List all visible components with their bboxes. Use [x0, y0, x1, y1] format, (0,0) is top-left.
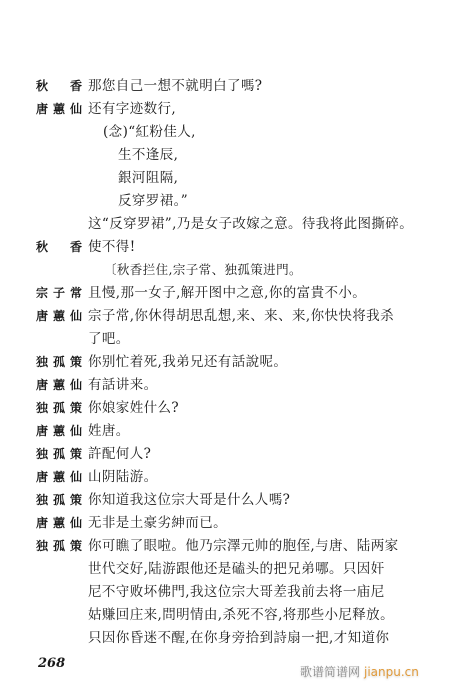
speaker-name: 独孤策: [36, 351, 82, 373]
watermark: 歌谱简谱网jianpu.cn: [300, 663, 419, 680]
speaker-name: 唐蕙仙: [36, 466, 82, 488]
dialogue-text: 世代交好,陆游跟他还是磕头的把兄弟哪。只因奸: [88, 558, 385, 580]
speaker-name: 唐蕙仙: [36, 98, 82, 120]
dialogue-text: 有話讲来。: [88, 374, 158, 396]
page-number: 268: [38, 656, 65, 671]
stage-direction-text: 〔秋香拦住,宗子常、独孤策进門。: [104, 259, 302, 281]
dialogue-text: 只因你昏迷不醒,在你身旁拾到詩扇一把,才知道你: [88, 627, 389, 649]
dialogue-text: 还有字迹数行,: [88, 98, 176, 120]
poem-line: 銀河阻隔,: [118, 167, 178, 189]
dialogue-text: 无非是土豪劣紳而已。: [88, 512, 227, 534]
speaker-name: 唐蕙仙: [36, 420, 82, 442]
recitation-text: (念)“紅粉佳人,: [103, 121, 196, 143]
speaker-name: 宗子常: [36, 282, 82, 304]
dialogue-text: 你娘家姓什么?: [88, 397, 179, 419]
dialogue-text: 使不得!: [88, 236, 136, 258]
speaker-name: 唐蕙仙: [36, 374, 82, 396]
dialogue-text: 了吧。: [88, 328, 130, 350]
dialogue-text: 姑赚回庄来,問明情由,杀死不容,将那些小尼释放。: [88, 604, 394, 626]
watermark-domain: jianpu.cn: [364, 665, 419, 679]
watermark-text: 歌谱简谱网: [300, 665, 360, 679]
book-page: 秋 香 那您自己一想不就明白了嗎? 唐蕙仙 还有字迹数行, (念)“紅粉佳人, …: [0, 0, 452, 690]
dialogue-text: 姓唐。: [88, 420, 130, 442]
poem-line: 反穿罗裙。”: [118, 190, 188, 212]
speaker-name: 唐蕙仙: [36, 512, 82, 534]
dialogue-text: 且慢,那一女子,解开图中之意,你的富貴不小。: [88, 282, 366, 304]
poem-line: 生不逢辰,: [118, 144, 178, 166]
dialogue-text: 山阴陆游。: [88, 466, 158, 488]
speaker-name: 唐蕙仙: [36, 305, 82, 327]
dialogue-text: 那您自己一想不就明白了嗎?: [88, 75, 262, 97]
dialogue-text: 許配何人?: [88, 443, 151, 465]
speaker-name: 独孤策: [36, 397, 82, 419]
dialogue-text: 这“反穿罗裙”,乃是女子改嫁之意。待我将此图撕碎。: [88, 213, 413, 235]
dialogue-text: 你知道我这位宗大哥是什么人嗎?: [88, 489, 290, 511]
dialogue-text: 你可瞧了眼啦。他乃宗澤元帅的胞侄,与唐、陆两家: [88, 535, 399, 557]
speaker-name: 秋 香: [36, 236, 82, 258]
dialogue-text: 你别忙着死,我弟兄还有話說呢。: [88, 351, 287, 373]
speaker-name: 独孤策: [36, 443, 82, 465]
dialogue-text: 尼不守败坏佛門,我这位宗大哥差我前去将一庙尼: [88, 581, 385, 603]
speaker-name: 独孤策: [36, 535, 82, 557]
speaker-name: 秋 香: [36, 75, 82, 97]
speaker-name: 独孤策: [36, 489, 82, 511]
dialogue-text: 宗子常,你休得胡思乱想,来、来、来,你快快将我杀: [88, 305, 394, 327]
